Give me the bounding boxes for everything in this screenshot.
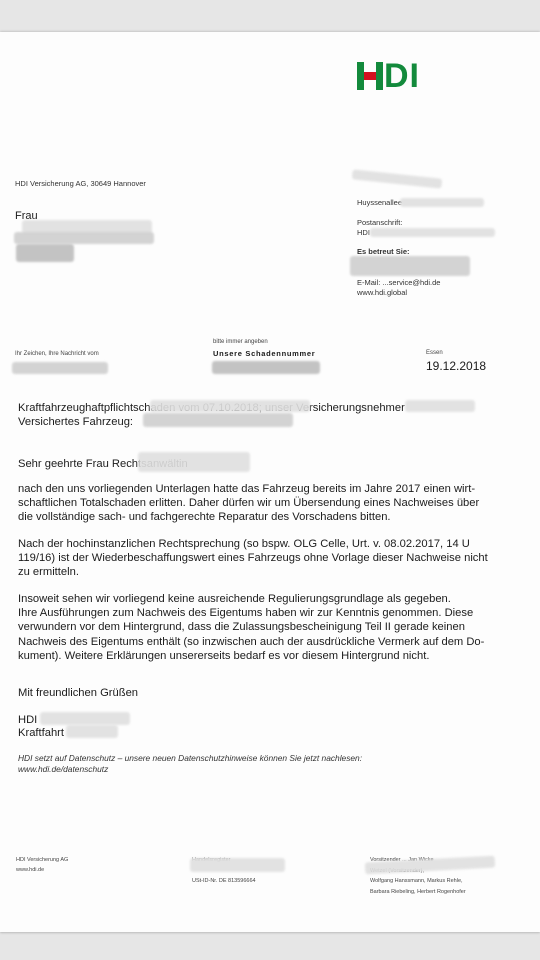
signature-line-2: Kraftfahrt: [18, 726, 64, 740]
redacted-policyholder: [405, 400, 475, 412]
reference-hint: bitte immer angeben: [213, 339, 268, 345]
footer-website[interactable]: www.hdi.de: [16, 867, 44, 873]
place: Essen: [426, 350, 443, 356]
redacted-contact-person: [350, 256, 470, 276]
subject-line-2: Versichertes Fahrzeug:: [18, 415, 133, 429]
hdi-logo: DI: [357, 62, 420, 90]
paragraph-2: Nach der hochinstanzlichen Rechtsprechun…: [18, 537, 488, 580]
privacy-note-link[interactable]: www.hdi.de/datenschutz: [18, 764, 108, 774]
contact-person-label: Es betreut Sie:: [357, 247, 410, 256]
letter-date: 19.12.2018: [426, 359, 486, 373]
closing: Mit freundlichen Grüßen: [18, 686, 138, 700]
claim-number-label: Unsere Schadennummer: [213, 349, 315, 358]
redacted-recipient-street: [14, 232, 154, 244]
postanschrift-label: Postanschrift:: [357, 218, 402, 227]
redacted-signature-2: [66, 725, 118, 738]
redacted-footer-register: [190, 858, 285, 872]
redacted-subject-date: [150, 400, 310, 412]
postanschrift-value: HDI: [357, 228, 370, 237]
footer-company: HDI Versicherung AG: [16, 857, 68, 863]
redacted-your-reference: [12, 362, 108, 374]
redacted-greeting-name: [138, 452, 250, 472]
redacted-signature-1: [40, 712, 130, 725]
sender-website[interactable]: www.hdi.global: [357, 288, 407, 297]
hdi-logo-text: DI: [384, 62, 420, 90]
redacted-postanschrift: [370, 228, 495, 237]
redacted-recipient-city: [16, 244, 74, 262]
sender-email[interactable]: E-Mail: ...service@hdi.de: [357, 278, 440, 287]
footer-board-line-3: Wolfgang Hanssmann, Markus Rehle,: [370, 878, 463, 884]
paragraph-3: Insoweit sehen wir vorliegend keine ausr…: [18, 592, 488, 663]
letter-page: DI HDI Versicherung AG, 30649 Hannover F…: [0, 32, 540, 932]
paragraph-1: nach den uns vorliegenden Unterlagen hat…: [18, 482, 488, 525]
footer-board-line-4: Barbara Riebeling, Herbert Rogenhofer: [370, 889, 466, 895]
redacted-claim-number: [212, 361, 320, 374]
sender-address-street: Huyssenallee: [357, 198, 402, 207]
redacted-vehicle: [143, 413, 293, 427]
redacted-office: [352, 169, 443, 188]
sender-line: HDI Versicherung AG, 30649 Hannover: [15, 179, 146, 188]
your-reference-label: Ihr Zeichen, Ihre Nachricht vom: [15, 351, 99, 357]
redacted-street-number: [400, 198, 484, 207]
footer-vat-id: USt-ID-Nr. DE 813596664: [192, 878, 256, 884]
privacy-note-line-1: HDI setzt auf Datenschutz – unsere neuen…: [18, 753, 362, 763]
hdi-logo-h-mark: [357, 62, 383, 90]
